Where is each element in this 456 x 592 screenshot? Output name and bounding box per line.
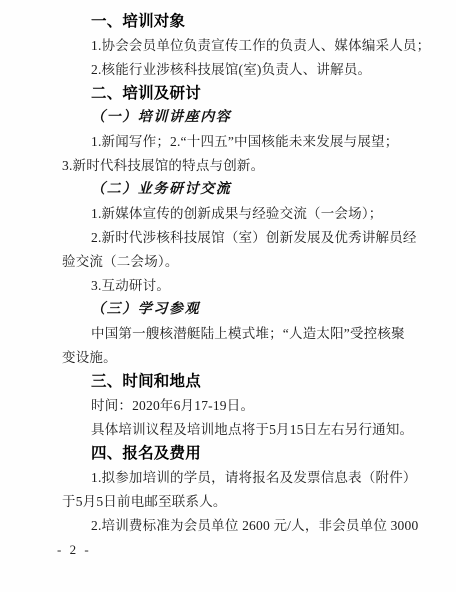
subsection-heading: （一）培训讲座内容 — [62, 106, 430, 130]
paragraph-line: 时间：2020年6月17-19日。 — [62, 394, 430, 418]
paragraph-line: 1.拟参加培训的学员，请将报名及发票信息表（附件） — [62, 466, 430, 490]
page-content: 一、培训对象 1.协会会员单位负责宣传工作的负责人、媒体编采人员； 2.核能行业… — [0, 0, 456, 538]
paragraph-line: 1.新媒体宣传的创新成果与经验交流（一会场）； — [62, 202, 430, 226]
document-page: 一、培训对象 1.协会会员单位负责宣传工作的负责人、媒体编采人员； 2.核能行业… — [0, 0, 456, 592]
paragraph-line: 变设施。 — [62, 346, 430, 370]
subsection-heading: （二）业务研讨交流 — [62, 178, 430, 202]
paragraph-line: 验交流（二会场）。 — [62, 250, 430, 274]
page-number: - 2 - — [0, 538, 456, 562]
section-heading: 一、培训对象 — [62, 10, 430, 34]
paragraph-line: 于5月5日前电邮至联系人。 — [62, 490, 430, 514]
paragraph-line: 中国第一艘核潜艇陆上模式堆；“人造太阳”受控核聚 — [62, 322, 430, 346]
paragraph-line: 具体培训议程及培训地点将于5月15日左右另行通知。 — [62, 418, 430, 442]
paragraph-line: 3.新时代科技展馆的特点与创新。 — [62, 154, 430, 178]
paragraph-line: 1.新闻写作；2.“十四五”中国核能未来发展与展望； — [62, 130, 430, 154]
paragraph-line: 1.协会会员单位负责宣传工作的负责人、媒体编采人员； — [62, 34, 430, 58]
paragraph-line: 2.核能行业涉核科技展馆(室)负责人、讲解员。 — [62, 58, 430, 82]
section-heading: 二、培训及研讨 — [62, 82, 430, 106]
subsection-heading: （三）学习参观 — [62, 298, 430, 322]
paragraph-line: 3.互动研讨。 — [62, 274, 430, 298]
section-heading: 三、时间和地点 — [62, 370, 430, 394]
paragraph-line: 2.培训费标准为会员单位 2600 元/人，非会员单位 3000 — [62, 514, 430, 538]
section-heading: 四、报名及费用 — [62, 442, 430, 466]
paragraph-line: 2.新时代涉核科技展馆（室）创新发展及优秀讲解员经 — [62, 226, 430, 250]
